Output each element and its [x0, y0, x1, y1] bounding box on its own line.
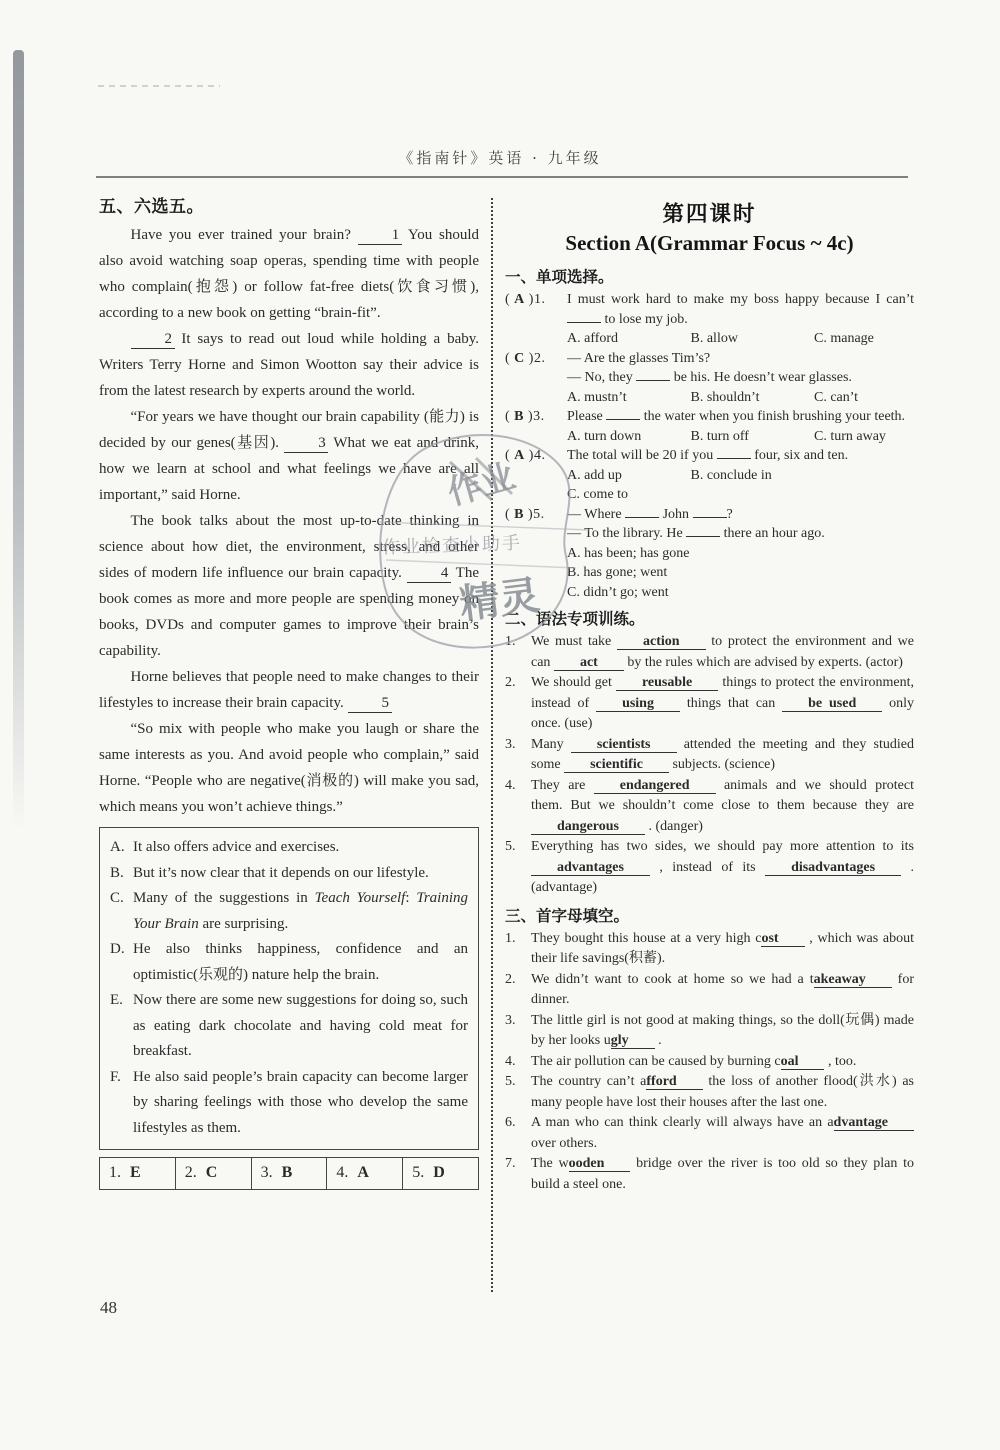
item-number: 3.: [505, 1011, 516, 1032]
answer-cell-2: 2.C: [176, 1158, 252, 1189]
mc-answer-prefix: ( A )4.: [505, 446, 545, 466]
option-label: A.: [110, 835, 125, 861]
option-item-c: C. Many of the suggestions in Teach Your…: [110, 886, 468, 937]
left-column: 五、六选五。 Have you ever trained your brain?…: [99, 192, 479, 1190]
passage-paragraph-5: Horne believes that people need to make …: [99, 664, 479, 716]
mc-stem: Please the water when you finish brushin…: [567, 407, 914, 427]
answer-num: 5.: [412, 1164, 424, 1181]
mc-choice: C. turn away: [814, 427, 886, 447]
item-text: We should get reusable things to protect…: [531, 673, 914, 735]
mc-choices: A. afford B. allow C. manage: [567, 329, 914, 349]
answer-num: 1.: [109, 1164, 121, 1181]
item-number: 1.: [505, 929, 516, 950]
item-text: The little girl is not good at making th…: [531, 1011, 914, 1052]
item-text: We didn’t want to cook at home so we had…: [531, 970, 914, 1011]
mc-choices: A. has been; has gone: [567, 544, 914, 564]
first-letter-item-2: 2. We didn’t want to cook at home so we …: [505, 970, 914, 1011]
item-text: We must take action to protect the envir…: [531, 632, 914, 673]
item-text: They bought this house at a very high co…: [531, 929, 914, 970]
mc-choice: B. allow: [691, 329, 795, 349]
grammar-item-2: 2. We should get reusable things to prot…: [505, 673, 914, 735]
item-number: 3.: [505, 735, 516, 756]
mc-choice: C. can’t: [814, 388, 858, 408]
item-number: 4.: [505, 1052, 516, 1073]
mc-choices: A. turn down B. turn off C. turn away: [567, 427, 914, 447]
mc-choice: B. has gone; went: [567, 563, 667, 583]
grammar-item-1: 1. We must take action to protect the en…: [505, 632, 914, 673]
option-text: He also thinks happiness, confidence and…: [133, 941, 468, 983]
answer-cell-3: 3.B: [252, 1158, 328, 1189]
option-label: E.: [110, 988, 123, 1014]
mc-choices: C. didn’t go; went: [567, 583, 914, 603]
section-title-multiple-choice: 一、单项选择。: [505, 265, 914, 287]
item-text: Many scientists attended the meeting and…: [531, 735, 914, 776]
mc-stem: — Where John ?: [567, 505, 914, 525]
answer-letter: A: [357, 1164, 369, 1181]
answer-letter: D: [433, 1164, 445, 1181]
option-text: He also said people’s brain capacity can…: [133, 1069, 468, 1136]
mc-choice: B. shouldn’t: [691, 388, 795, 408]
lesson-title: 第四课时: [505, 197, 914, 228]
mc-question-3: ( B )3. Please the water when you finish…: [505, 407, 914, 446]
item-number: 5.: [505, 837, 516, 858]
options-box: A. It also offers advice and exercises. …: [99, 827, 479, 1150]
first-letter-item-4: 4. The air pollution can be caused by bu…: [505, 1052, 914, 1073]
mc-stem: — Are the glasses Tim’s?: [567, 349, 914, 369]
column-divider: [491, 198, 493, 1292]
scanned-page: 《指南针》英语 · 九年级 五、六选五。 Have you ever train…: [0, 0, 1000, 1450]
section-title-cloze: 五、六选五。: [99, 192, 479, 217]
option-label: C.: [110, 886, 124, 912]
mc-choice: A. mustn’t: [567, 388, 671, 408]
mc-question-1: ( A )1. I must work hard to make my boss…: [505, 290, 914, 349]
grammar-item-5: 5. Everything has two sides, we should p…: [505, 837, 914, 899]
answer-num: 3.: [261, 1164, 273, 1181]
section-title-first-letter: 三、首字母填空。: [505, 904, 914, 926]
item-number: 2.: [505, 673, 516, 694]
mc-answer-prefix: ( B )3.: [505, 407, 545, 427]
passage-paragraph-3: “For years we have thought our brain cap…: [99, 404, 479, 508]
mc-answer-prefix: ( A )1.: [505, 290, 545, 310]
mc-question-4: ( A )4. The total will be 20 if you four…: [505, 446, 914, 505]
first-letter-item-7: 7. The wooden bridge over the river is t…: [505, 1154, 914, 1195]
mc-choice: C. manage: [814, 329, 874, 349]
item-number: 6.: [505, 1113, 516, 1134]
mc-stem: I must work hard to make my boss happy b…: [567, 290, 914, 329]
mc-choices: A. add up B. conclude in: [567, 466, 914, 486]
mc-question-5: ( B )5. — Where John ? — To the library.…: [505, 505, 914, 603]
mc-choice: A. afford: [567, 329, 671, 349]
item-number: 7.: [505, 1154, 516, 1175]
first-letter-item-6: 6. A man who can think clearly will alwa…: [505, 1113, 914, 1154]
grammar-item-3: 3. Many scientists attended the meeting …: [505, 735, 914, 776]
option-label: D.: [110, 937, 125, 963]
mc-answer-prefix: ( C )2.: [505, 349, 545, 369]
item-text: They are endangered animals and we shoul…: [531, 776, 914, 838]
mc-choices: B. has gone; went: [567, 563, 914, 583]
option-label: F.: [110, 1065, 121, 1091]
mc-choice: A. add up: [567, 466, 671, 486]
passage-paragraph-4: The book talks about the most up-to-date…: [99, 508, 479, 664]
answer-table: 1.E 2.C 3.B 4.A 5.D: [99, 1157, 479, 1190]
passage-paragraph-1: Have you ever trained your brain? 1 You …: [99, 222, 479, 326]
header-rule: [96, 176, 908, 178]
mc-stem: — To the library. He there an hour ago.: [567, 524, 914, 544]
page-header: 《指南针》英语 · 九年级: [0, 147, 1000, 168]
right-column: 第四课时 Section A(Grammar Focus ~ 4c) 一、单项选…: [505, 197, 914, 1195]
option-text: But it’s now clear that it depends on ou…: [133, 865, 429, 881]
mc-choice: B. turn off: [691, 427, 795, 447]
item-number: 2.: [505, 970, 516, 991]
mc-choice: C. didn’t go; went: [567, 583, 669, 603]
mc-stem: — No, they be his. He doesn’t wear glass…: [567, 368, 914, 388]
section-title-grammar: 二、语法专项训练。: [505, 607, 914, 629]
item-number: 5.: [505, 1072, 516, 1093]
mc-stem: The total will be 20 if you four, six an…: [567, 446, 914, 466]
mc-choice: A. turn down: [567, 427, 671, 447]
item-text: A man who can think clearly will always …: [531, 1113, 914, 1154]
item-number: 4.: [505, 776, 516, 797]
answer-num: 2.: [185, 1164, 197, 1181]
option-item-a: A. It also offers advice and exercises.: [110, 835, 468, 861]
option-item-e: E. Now there are some new suggestions fo…: [110, 988, 468, 1065]
mc-choice: B. conclude in: [691, 466, 772, 486]
mc-choice: A. has been; has gone: [567, 544, 689, 564]
mc-answer-prefix: ( B )5.: [505, 505, 545, 525]
item-text: The air pollution can be caused by burni…: [531, 1052, 914, 1073]
first-letter-item-5: 5. The country can’t afford the loss of …: [505, 1072, 914, 1113]
passage-paragraph-6: “So mix with people who make you laugh o…: [99, 716, 479, 820]
option-item-b: B. But it’s now clear that it depends on…: [110, 861, 468, 887]
first-letter-item-1: 1. They bought this house at a very high…: [505, 929, 914, 970]
item-number: 1.: [505, 632, 516, 653]
answer-letter: B: [282, 1164, 293, 1181]
option-text: It also offers advice and exercises.: [133, 839, 339, 855]
grammar-item-4: 4. They are endangered animals and we sh…: [505, 776, 914, 838]
option-item-f: F. He also said people’s brain capacity …: [110, 1065, 468, 1142]
answer-cell-4: 4.A: [327, 1158, 403, 1189]
option-text: Now there are some new suggestions for d…: [133, 992, 468, 1059]
answer-letter: E: [130, 1164, 141, 1181]
mc-question-2: ( C )2. — Are the glasses Tim’s? — No, t…: [505, 349, 914, 408]
item-text: The country can’t afford the loss of ano…: [531, 1072, 914, 1113]
item-text: Everything has two sides, we should pay …: [531, 837, 914, 899]
pencil-mark: [98, 85, 220, 87]
item-text: The wooden bridge over the river is too …: [531, 1154, 914, 1195]
answer-cell-1: 1.E: [100, 1158, 176, 1189]
passage-paragraph-2: 2 It says to read out loud while holding…: [99, 326, 479, 404]
option-label: B.: [110, 861, 124, 887]
answer-letter: C: [206, 1164, 218, 1181]
answer-cell-5: 5.D: [403, 1158, 478, 1189]
option-item-d: D. He also thinks happiness, confidence …: [110, 937, 468, 988]
mc-choices: A. mustn’t B. shouldn’t C. can’t: [567, 388, 914, 408]
answer-num: 4.: [336, 1164, 348, 1181]
first-letter-item-3: 3. The little girl is not good at making…: [505, 1011, 914, 1052]
mc-choice: C. come to: [567, 485, 628, 505]
lesson-subtitle: Section A(Grammar Focus ~ 4c): [505, 231, 914, 256]
option-text: Many of the suggestions in Teach Yoursel…: [133, 890, 468, 932]
page-number: 48: [100, 1298, 117, 1318]
mc-choices: C. come to: [567, 485, 914, 505]
